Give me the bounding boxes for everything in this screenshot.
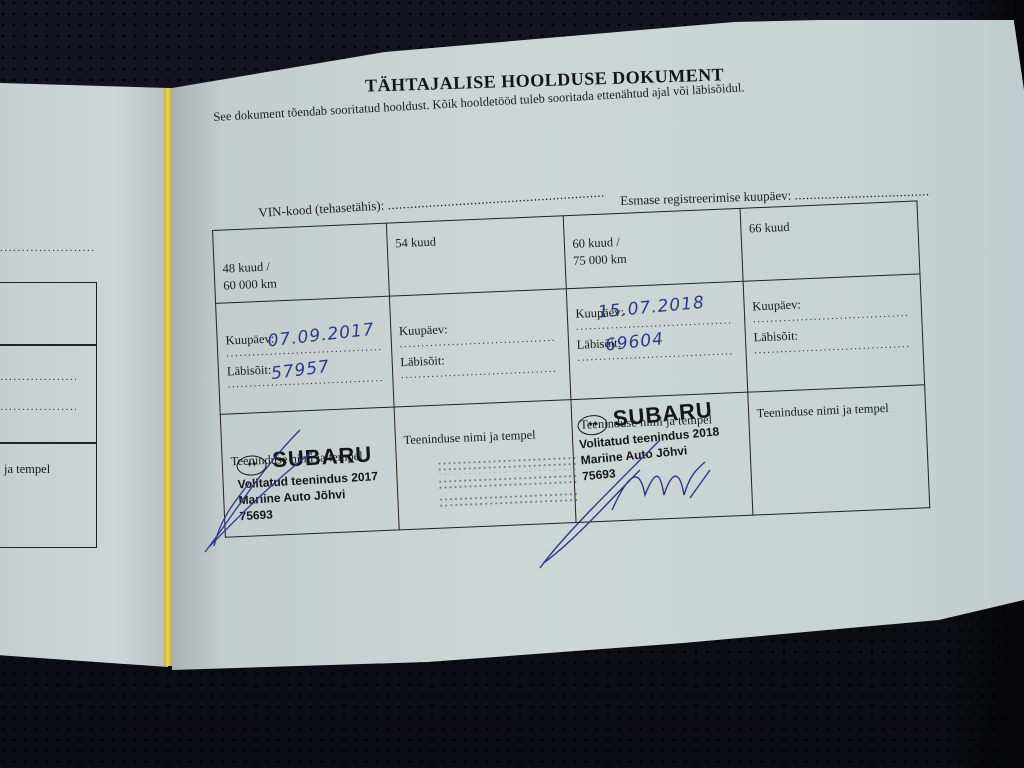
stamp-cell-66[interactable]: Teeninduse nimi ja tempel bbox=[748, 385, 929, 514]
interval-cell-54: 54 kuud bbox=[386, 216, 565, 295]
entry-cell-60[interactable]: Kuupäev: ...............................… bbox=[566, 282, 746, 399]
dealer-stamp: ✦✦SUBARU Volitatud teenindus 2017 Mariin… bbox=[236, 441, 381, 524]
stamp-cell-60[interactable]: Teeninduse nimi ja tempel ✦✦SUBARU Volit… bbox=[571, 393, 752, 522]
subaru-logo-icon: ✦✦ bbox=[236, 454, 267, 476]
entry-cell-54[interactable]: Kuupäev: ...............................… bbox=[390, 289, 570, 406]
first-registration-dots: .................................... bbox=[794, 183, 929, 202]
vin-label: VIN-kood (tehasetähis): bbox=[258, 198, 385, 220]
entry-cell-66[interactable]: Kuupäev: ...............................… bbox=[743, 274, 923, 391]
entry-cell-48[interactable]: Kuupäev: ...............................… bbox=[216, 297, 393, 414]
interval-cell-66: 66 kuud bbox=[740, 201, 919, 280]
stamp-cell-48[interactable]: Teeninduse nimi ja tempel ✦✦SUBARU Volit… bbox=[221, 408, 399, 537]
interval-cell-48: 48 kuud / 60 000 km bbox=[213, 224, 388, 303]
service-table: 48 kuud / 60 000 km 54 kuud 60 kuud / 75… bbox=[212, 200, 930, 537]
vin-dots: ........................................… bbox=[387, 184, 605, 212]
subaru-logo-icon: ✦✦ bbox=[576, 414, 608, 437]
document-content: TÄHTAJALISE HOOLDUSE DOKUMENT See dokume… bbox=[0, 0, 1024, 768]
interval-cell-60: 60 kuud / 75 000 km bbox=[563, 209, 742, 288]
first-registration-label: Esmase registreerimise kuupäev: bbox=[620, 188, 791, 208]
dealer-stamp: ✦✦SUBARU Volitatud teenindus 2018 Mariin… bbox=[576, 396, 723, 484]
faded-stamp bbox=[436, 455, 578, 509]
stamp-cell-54[interactable]: Teeninduse nimi ja tempel bbox=[394, 400, 575, 529]
